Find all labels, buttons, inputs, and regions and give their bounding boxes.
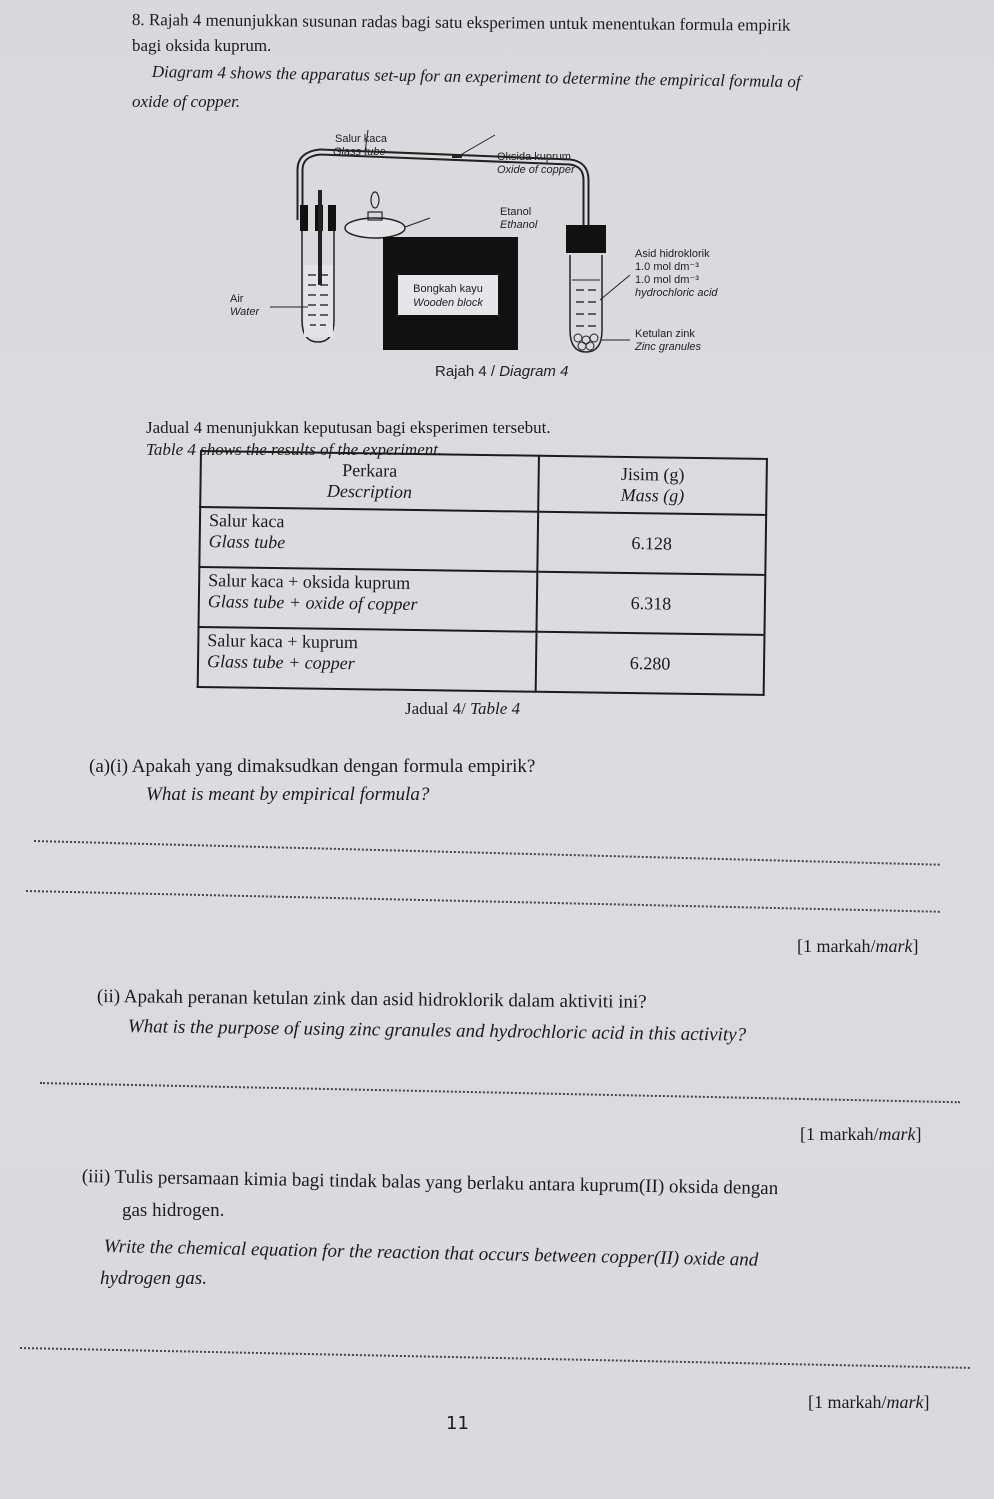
water-label-ms: Air [230,293,244,305]
table-header-row: Perkara Description Jisim (g) Mass (g) [200,451,767,515]
table-row: Salur kaca + oksida kuprum Glass tube + … [199,567,766,635]
answer-line[interactable] [34,840,940,866]
block-label-en: Wooden block [413,297,483,309]
glass-tube-label-ms: Salur kaca [335,133,388,145]
zinc-label-ms: Ketulan zink [635,328,695,340]
acid-label-ms: Asid hidroklorik [635,248,710,260]
header-mass: Jisim (g) Mass (g) [538,456,767,515]
row-mass: 6.128 [537,512,766,575]
mark-allocation: [1 markah/mark] [797,936,918,957]
part-iii-question-en-line2: hydrogen gas. [100,1268,207,1290]
question-intro-en-line1: Diagram 4 shows the apparatus set-up for… [152,62,801,92]
row-description: Salur kaca Glass tube [199,507,538,572]
table-row: Salur kaca Glass tube 6.128 [199,507,766,575]
question-intro-ms-line2: bagi oksida kuprum. [132,36,271,56]
row-description: Salur kaca + kuprum Glass tube + copper [198,627,537,692]
row-mass: 6.318 [536,572,765,635]
question-intro-en-line2: oxide of copper. [132,92,240,112]
answer-line[interactable] [20,1347,970,1369]
row-description: Salur kaca + oksida kuprum Glass tube + … [199,567,538,632]
page-number: 11 [446,1413,469,1434]
part-iii-question-ms-line1: (iii) Tulis persamaan kimia bagi tindak … [82,1166,779,1200]
question-intro-ms-line1: 8. Rajah 4 menunjukkan susunan radas bag… [132,10,791,36]
part-iii-question-ms-line2: gas hidrogen. [122,1200,224,1222]
glass-tube-label-en: Glass tube [333,146,386,158]
acid-label-en: hydrochloric acid [635,287,718,299]
answer-line[interactable] [26,890,940,913]
oxide-label-ms: Oksida kuprum [497,151,571,163]
part-a-i-question-en: What is meant by empirical formula? [146,784,429,806]
mark-allocation: [1 markah/mark] [808,1392,929,1413]
ethanol-label-en: Ethanol [500,219,538,231]
part-iii-question-en-line1: Write the chemical equation for the reac… [104,1236,759,1272]
answer-line[interactable] [40,1082,960,1103]
mark-allocation: [1 markah/mark] [800,1124,921,1145]
acid-conc-ms: 1.0 mol dm⁻³ [635,261,699,273]
table-row: Salur kaca + kuprum Glass tube + copper … [198,627,765,695]
zinc-label-en: Zinc granules [634,341,702,353]
table-intro-ms: Jadual 4 menunjukkan keputusan bagi eksp… [146,418,551,438]
results-table: Perkara Description Jisim (g) Mass (g) S… [197,450,768,696]
apparatus-diagram: Air Water Etanol Ethanol Bongkah kayu Wo… [230,130,750,390]
header-description: Perkara Description [200,451,539,512]
block-label-ms: Bongkah kayu [413,283,483,295]
part-ii-question-en: What is the purpose of using zinc granul… [128,1016,747,1047]
row-mass: 6.280 [536,632,765,695]
water-label-en: Water [230,306,260,318]
diagram-caption: Rajah 4 / Diagram 4 [435,363,568,380]
ethanol-label-ms: Etanol [500,206,531,218]
table-caption: Jadual 4/ Table 4 [405,699,520,719]
acid-conc-en: 1.0 mol dm⁻³ [635,274,699,286]
part-ii-question-ms: (ii) Apakah peranan ketulan zink dan asi… [97,986,647,1014]
question-number: 8. [132,10,145,29]
part-a-i-question-ms: (a)(i) Apakah yang dimaksudkan dengan fo… [89,756,535,778]
oxide-label-en: Oxide of copper [497,164,576,176]
exam-page: 8. Rajah 4 menunjukkan susunan radas bag… [0,0,994,1499]
